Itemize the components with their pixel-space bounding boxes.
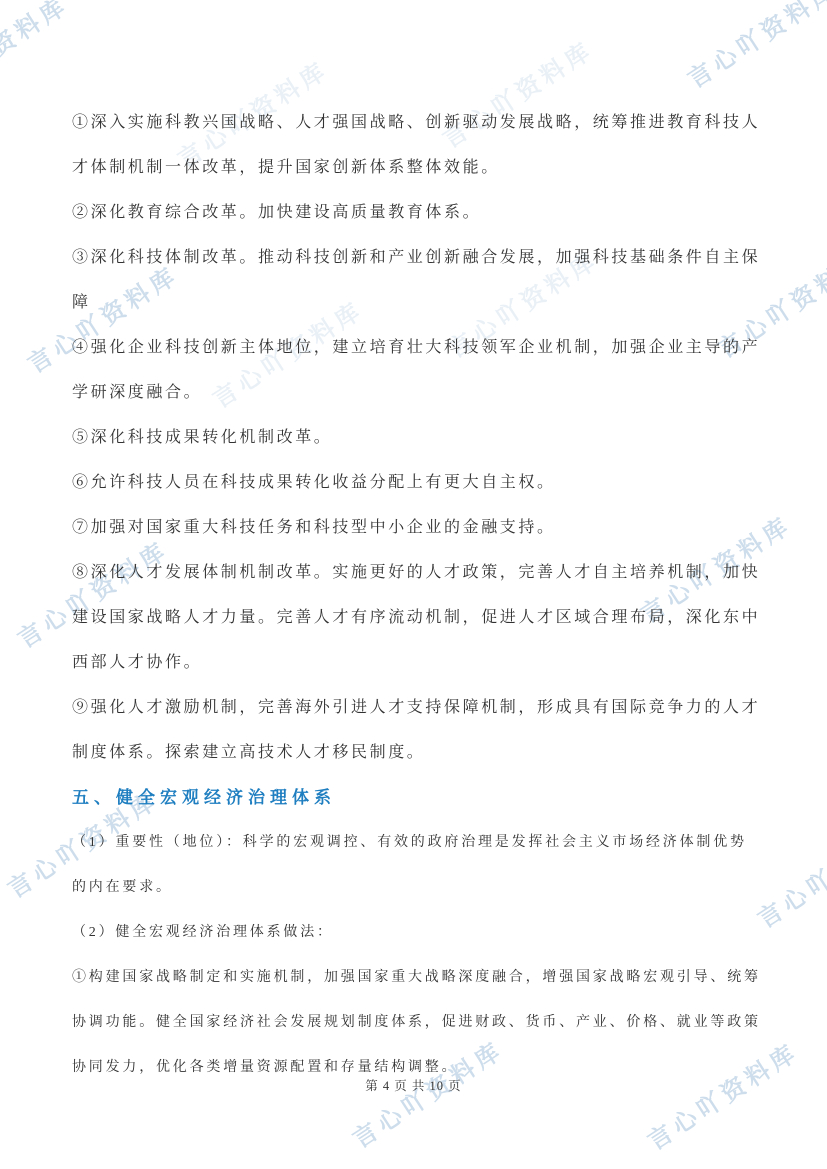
text-line: 的内在要求。: [72, 865, 778, 910]
watermark: 言心吖资料库: [0, 0, 74, 110]
paragraph: ⑥允许科技人员在科技成果转化收益分配上有更大自主权。: [72, 460, 778, 505]
text-line: 制度体系。探索建立高技术人才移民制度。: [72, 730, 778, 775]
page-footer: 第 4 页 共 10 页: [0, 1076, 827, 1094]
paragraph: ③深化科技体制改革。推动科技创新和产业创新融合发展，加强科技基础条件自主保障: [72, 235, 778, 325]
text-line: ④强化企业科技创新主体地位，建立培育壮大科技领军企业机制，加强企业主导的产: [72, 325, 778, 370]
text-line: 建设国家战略人才力量。完善人才有序流动机制，促进人才区域合理布局，深化东中: [72, 595, 778, 640]
watermark: 言心吖资料库: [680, 0, 827, 95]
text-line: （1）重要性（地位）：科学的宏观调控、有效的政府治理是发挥社会主义市场经济体制优…: [72, 820, 778, 865]
paragraph: ④强化企业科技创新主体地位，建立培育壮大科技领军企业机制，加强企业主导的产学研深…: [72, 325, 778, 415]
text-line: ①深入实施科教兴国战略、人才强国战略、创新驱动发展战略，统筹推进教育科技人: [72, 100, 778, 145]
text-line: 学研深度融合。: [72, 370, 778, 415]
text-line: 障: [72, 280, 778, 325]
text-line: ⑨强化人才激励机制，完善海外引进人才支持保障机制，形成具有国际竞争力的人才: [72, 685, 778, 730]
text-line: ⑤深化科技成果转化机制改革。: [72, 415, 778, 460]
text-line: 才体制机制一体改革，提升国家创新体系整体效能。: [72, 145, 778, 190]
text-line: 西部人才协作。: [72, 640, 778, 685]
paragraph: ①构建国家战略制定和实施机制，加强国家重大战略深度融合，增强国家战略宏观引导、统…: [72, 955, 778, 1090]
text-line: 协调功能。健全国家经济社会发展规划制度体系，促进财政、货币、产业、价格、就业等政…: [72, 1000, 778, 1045]
paragraph: ⑤深化科技成果转化机制改革。: [72, 415, 778, 460]
text-line: ③深化科技体制改革。推动科技创新和产业创新融合发展，加强科技基础条件自主保: [72, 235, 778, 280]
text-line: ⑥允许科技人员在科技成果转化收益分配上有更大自主权。: [72, 460, 778, 505]
paragraph: ⑦加强对国家重大科技任务和科技型中小企业的金融支持。: [72, 505, 778, 550]
paragraph: ②深化教育综合改革。加快建设高质量教育体系。: [72, 190, 778, 235]
document-body: ①深入实施科教兴国战略、人才强国战略、创新驱动发展战略，统筹推进教育科技人才体制…: [72, 100, 778, 1090]
paragraph: （2）健全宏观经济治理体系做法：: [72, 910, 778, 955]
paragraph: ⑨强化人才激励机制，完善海外引进人才支持保障机制，形成具有国际竞争力的人才制度体…: [72, 685, 778, 775]
paragraph: （1）重要性（地位）：科学的宏观调控、有效的政府治理是发挥社会主义市场经济体制优…: [72, 820, 778, 910]
text-line: （2）健全宏观经济治理体系做法：: [72, 910, 778, 955]
text-line: ②深化教育综合改革。加快建设高质量教育体系。: [72, 190, 778, 235]
paragraph: ⑧深化人才发展体制机制改革。实施更好的人才政策，完善人才自主培养机制，加快建设国…: [72, 550, 778, 685]
heading-line: 五、健全宏观经济治理体系: [72, 775, 778, 820]
document-page: 言心吖资料库 言心吖资料库 言心吖资料库 言心吖资料库 言心吖资料库 言心吖资料…: [0, 0, 827, 1169]
text-line: ⑧深化人才发展体制机制改革。实施更好的人才政策，完善人才自主培养机制，加快: [72, 550, 778, 595]
section-heading: 五、健全宏观经济治理体系: [72, 775, 778, 820]
text-line: ①构建国家战略制定和实施机制，加强国家重大战略深度融合，增强国家战略宏观引导、统…: [72, 955, 778, 1000]
text-line: ⑦加强对国家重大科技任务和科技型中小企业的金融支持。: [72, 505, 778, 550]
paragraph: ①深入实施科教兴国战略、人才强国战略、创新驱动发展战略，统筹推进教育科技人才体制…: [72, 100, 778, 190]
